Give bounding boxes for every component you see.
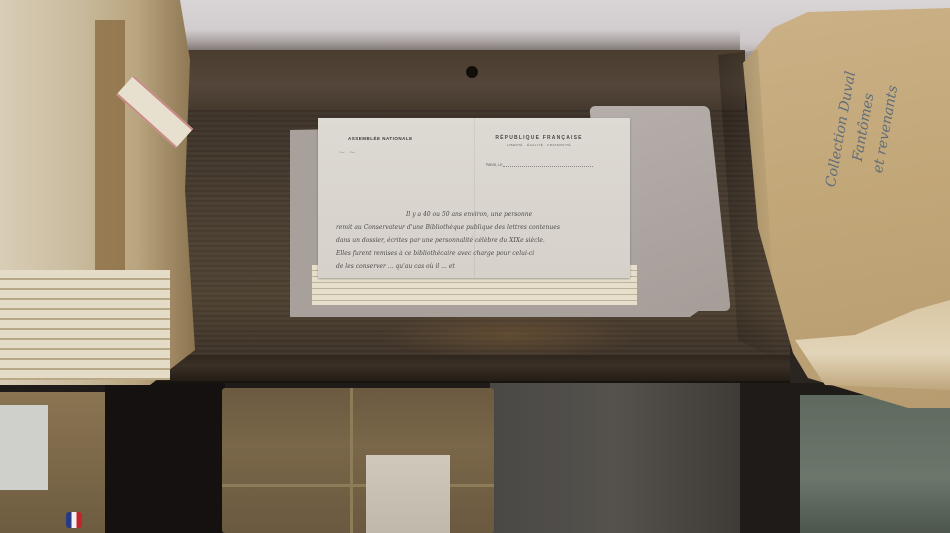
letterhead-republique: RÉPUBLIQUE FRANÇAISE — [484, 135, 594, 141]
handwriting-line: de les conserver ... qu'au cas où il ...… — [336, 260, 626, 273]
paper-edges — [0, 270, 170, 380]
french-flag-sticker — [66, 512, 82, 528]
parcel-string — [222, 484, 494, 487]
date-label: PARIS, LE — [486, 163, 502, 167]
archive-photo: ASSEMBLÉE NATIONALE RÉPUBLIQUE FRANÇAISE… — [0, 0, 950, 533]
brown-folder — [95, 20, 125, 280]
left-box-label — [0, 405, 48, 490]
wrapped-parcel — [222, 388, 494, 533]
date-line — [503, 166, 593, 167]
right-archive-box — [800, 395, 950, 533]
screw-hole — [466, 66, 478, 78]
parcel-string — [350, 388, 353, 533]
handwriting-line: Elles furent remises à ce bibliothécaire… — [336, 247, 626, 260]
pencil-mark: ~ ~ — [338, 148, 356, 158]
shelf-edge — [120, 355, 790, 383]
lower-shadow — [105, 383, 225, 533]
letterhead-assemblee: ASSEMBLÉE NATIONALE — [348, 136, 413, 141]
handwritten-letter: ASSEMBLÉE NATIONALE RÉPUBLIQUE FRANÇAISE… — [318, 118, 630, 278]
gray-box — [490, 383, 740, 533]
wood-stain — [380, 310, 640, 360]
handwriting-line: dans un dossier, écrites par une personn… — [336, 234, 626, 247]
handwriting-line: remit au Conservateur d'une Bibliothèque… — [336, 221, 626, 234]
letterhead-motto: LIBERTÉ · ÉGALITÉ · FRATERNITÉ — [484, 143, 594, 147]
parcel-label — [366, 455, 450, 533]
handwriting-line: Il y a 40 ou 50 ans environ, une personn… — [336, 208, 626, 221]
handwritten-text: Il y a 40 ou 50 ans environ, une personn… — [336, 208, 626, 273]
